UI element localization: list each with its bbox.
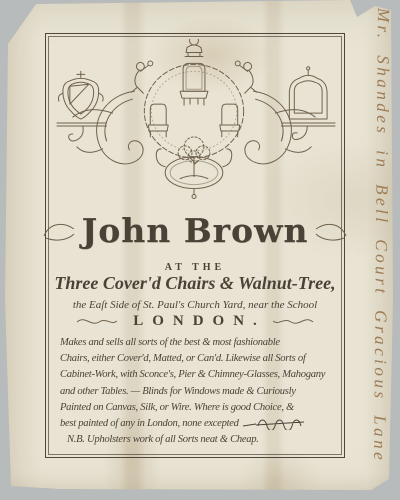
body-line: Cabinet-Work, with Sconce's, Pier & Chim… <box>60 367 336 383</box>
body-line: and other Tables. — Blinds for Windows m… <box>60 384 336 400</box>
pen-flourish-icon <box>242 418 308 430</box>
trade-card-paper: John Brown AT THE Three Cover'd Chairs &… <box>0 0 400 500</box>
flourish-left-icon <box>42 220 76 242</box>
covered-chair-center-icon <box>180 63 208 105</box>
body-line: best painted of any in London, none exce… <box>60 416 239 432</box>
covered-chair-right-icon <box>220 104 240 137</box>
advertisement-text: Makes and sells all sorts of the best & … <box>60 335 336 448</box>
dressing-glass-right-icon <box>281 67 335 140</box>
rococo-scroll-right-icon <box>245 91 315 164</box>
bust-icon <box>185 39 203 56</box>
city-flourish-left-icon <box>76 316 118 328</box>
trade-card-photograph: John Brown AT THE Three Cover'd Chairs &… <box>0 0 400 500</box>
pier-glass-left-icon <box>57 71 107 141</box>
at-the-label: AT THE <box>46 262 344 273</box>
putto-right-icon <box>235 61 256 93</box>
proprietor-name-row: John Brown <box>46 211 344 250</box>
border-frame: John Brown AT THE Three Cover'd Chairs &… <box>45 33 345 458</box>
city-flourish-right-icon <box>272 316 314 328</box>
flourish-right-icon <box>314 220 348 242</box>
handwritten-annotation: Mr. Shandes in Bell Court Gracious Lane <box>369 8 394 488</box>
body-line: Chairs, either Cover'd, Matted, or Can'd… <box>60 351 336 367</box>
body-line-with-flourish: best painted of any in London, none exce… <box>60 416 336 432</box>
body-line: Makes and sells all sorts of the best & … <box>60 335 336 351</box>
city-row: LONDON. <box>46 313 344 330</box>
address-line: the Eaſt Side of St. Paul's Church Yard,… <box>46 299 344 311</box>
putto-left-icon <box>131 61 152 93</box>
city-label: LONDON. <box>124 313 266 330</box>
nota-bene-line: N.B. Upholsters work of all Sorts neat &… <box>60 432 336 448</box>
body-line: Painted on Canvas, Silk, or Wire. Where … <box>60 400 336 416</box>
engraving-vignette-icon <box>49 39 339 211</box>
proprietor-name: John Brown <box>82 211 309 250</box>
laurel-wreath-icon <box>144 64 243 157</box>
shop-sign-name: Three Cover'd Chairs & Walnut-Tree, <box>46 273 344 294</box>
